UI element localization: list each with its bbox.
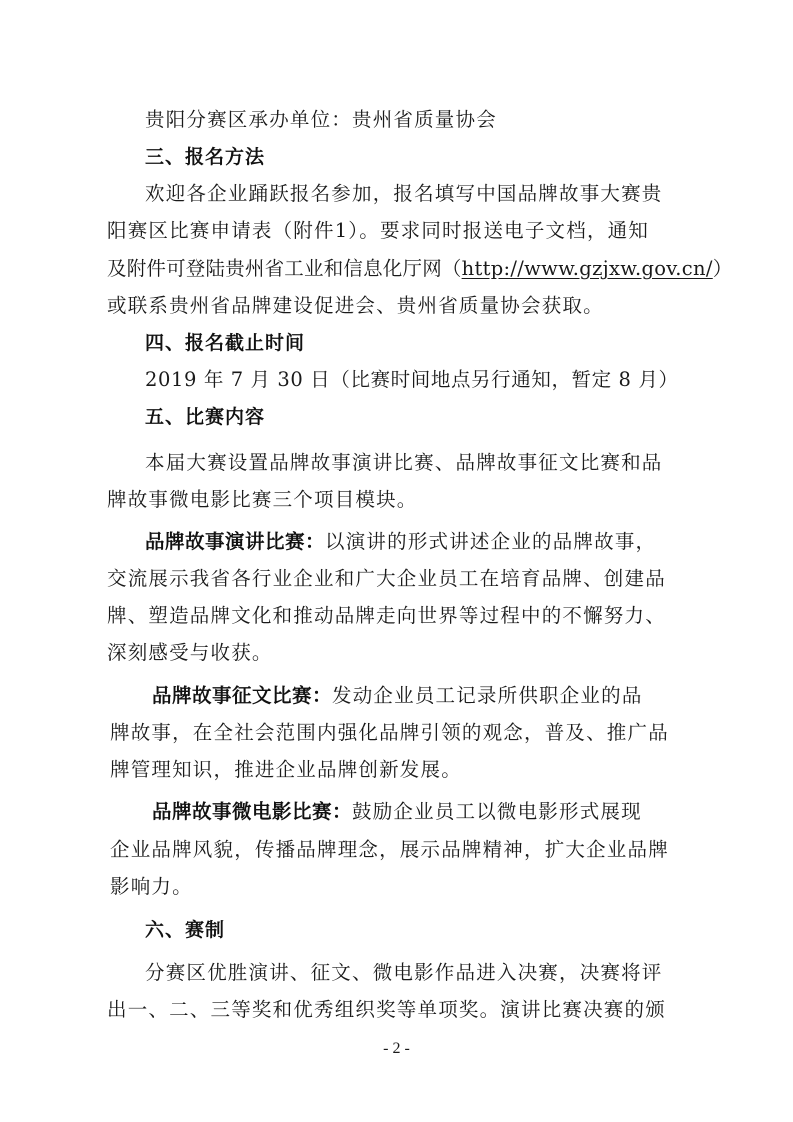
paragraph-line-with-link: 及附件可登陆贵州省工业和信息化厅网（http://www.gzjxw.gov.c…: [107, 257, 687, 281]
document-page: 贵阳分赛区承办单位：贵州省质量协会 三、报名方法 欢迎各企业踊跃报名参加，报名填…: [0, 0, 793, 1122]
speech-contest-line: 品牌故事演讲比赛：以演讲的形式讲述企业的品牌故事，: [145, 530, 725, 554]
paragraph-line: 牌、塑造品牌文化和推动品牌走向世界等过程中的不懈努力、: [107, 604, 687, 628]
paragraph-line: 出一、二、三等奖和优秀组织奖等单项奖。演讲比赛决赛的颁: [107, 998, 687, 1022]
section-heading-registration: 三、报名方法: [145, 145, 725, 169]
paragraph-text: 及附件可登陆贵州省工业和信息化厅网（: [107, 257, 462, 280]
paragraph-text: 以演讲的形式讲述企业的品牌故事，: [325, 530, 656, 553]
paragraph-line: 欢迎各企业踊跃报名参加，报名填写中国品牌故事大赛贵: [145, 182, 725, 206]
paragraph-line: 交流展示我省各行业企业和广大企业员工在培育品牌、创建品: [107, 567, 687, 591]
page-number: - 2 -: [0, 1040, 793, 1058]
paragraph-line: 或联系贵州省品牌建设促进会、贵州省质量协会获取。: [107, 294, 687, 318]
speech-contest-label: 品牌故事演讲比赛：: [145, 530, 325, 553]
paragraph-text: 发动企业员工记录所供职企业的品: [332, 684, 643, 707]
essay-contest-line: 品牌故事征文比赛：发动企业员工记录所供职企业的品: [152, 684, 732, 708]
paragraph-text: 鼓励企业员工以微电影形式展现: [352, 800, 642, 823]
deadline-line: 2019 年 7 月 30 日（比赛时间地点另行通知，暂定 8 月）: [145, 368, 725, 392]
section-heading-content: 五、比赛内容: [145, 405, 725, 429]
essay-contest-label: 品牌故事征文比赛：: [152, 684, 332, 707]
paragraph-line: 阳赛区比赛申请表（附件1）。要求同时报送电子文档，通知: [107, 219, 687, 243]
paragraph-line: 牌管理知识，推进企业品牌创新发展。: [110, 758, 690, 782]
paragraph-line: 影响力。: [110, 875, 690, 899]
paragraph-line: 企业品牌风貌，传播品牌理念，展示品牌精神，扩大企业品牌: [110, 838, 690, 862]
film-contest-label: 品牌故事微电影比赛：: [152, 800, 352, 823]
paragraph-line: 牌故事，在全社会范围内强化品牌引领的观念，普及、推广品: [110, 721, 690, 745]
paragraph-line: 分赛区优胜演讲、征文、微电影作品进入决赛，决赛将评: [145, 961, 725, 985]
paragraph-line: 本届大赛设置品牌故事演讲比赛、品牌故事征文比赛和品: [145, 451, 725, 475]
website-link[interactable]: http://www.gzjxw.gov.cn/: [462, 257, 713, 280]
paragraph-line: 牌故事微电影比赛三个项目模块。: [107, 488, 687, 512]
section-heading-format: 六、赛制: [145, 918, 725, 942]
paragraph-text: ）: [713, 257, 733, 280]
section-heading-deadline: 四、报名截止时间: [145, 331, 725, 355]
paragraph-line: 深刻感受与收获。: [107, 641, 687, 665]
host-unit-line: 贵阳分赛区承办单位：贵州省质量协会: [145, 108, 725, 132]
film-contest-line: 品牌故事微电影比赛：鼓励企业员工以微电影形式展现: [152, 800, 732, 824]
